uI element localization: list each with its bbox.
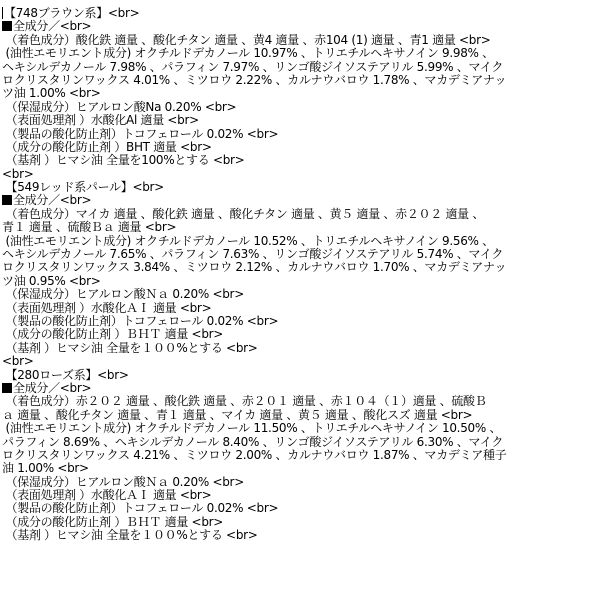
text-line: （着色成分）赤２０２ 適量 、酸化鉄 適量 、赤２０１ 適量 、赤１０４（１）適… [2,395,600,408]
text-line: <br> [2,168,600,181]
text-line: （基剤 ）ヒマシ油 全量を１００%とする <br> [2,342,600,355]
text-line: （表面処理剤 ）水酸化ＡＩ 適量 <br> [2,302,600,315]
all-ingredients-label: 全成分／<br> [2,20,600,33]
text-line: ヘキシルデカノール 7.65% 、パラフィン 7.63% 、リンゴ酸ジイソステア… [2,248,600,261]
text-line: 青１ 適量 、硫酸Ｂａ 適量 <br> [2,221,600,234]
text-line: （製品の酸化防止剤）トコフェロール 0.02% <br> [2,128,600,141]
ingredients-document: 【748ブラウン系】<br> 全成分／<br> （着色成分）酸化鉄 適量 、酸化… [2,7,600,543]
text-line: （製品の酸化防止剤）トコフェロール 0.02% <br> [2,502,600,515]
section-heading-549-red-pearl: 【549レッド系パール】<br> [2,181,600,194]
text-line: (油性エモリエント成分) オクチルドデカノール 10.52% 、トリエチルヘキサ… [2,235,600,248]
text-line: 油 1.00% <br> [2,462,600,475]
black-square-icon [2,195,12,205]
text-line: ツ油 1.00% <br> [2,87,600,100]
section-heading-280-rose: 【280ローズ系】<br> [2,369,600,382]
black-square-icon [2,21,12,31]
text-line: （表面処理剤 ）水酸化Al 適量 <br> [2,114,600,127]
text-line: （保湿成分）ヒアルロン酸Ｎａ 0.20% <br> [2,288,600,301]
text-line: ロクリスタリンワックス 4.21% 、ミツロウ 2.00% 、カルナウバロウ 1… [2,449,600,462]
text-line: ロクリスタリンワックス 3.84% 、ミツロウ 2.12% 、カルナウバロウ 1… [2,261,600,274]
section-heading-748-brown: 【748ブラウン系】<br> [2,7,600,20]
text-line: パラフィン 8.69% 、ヘキシルデカノール 8.40% 、リンゴ酸ジイソステア… [2,436,600,449]
text-line: <br> [2,355,600,368]
text-line: （基剤 ）ヒマシ油 全量を100%とする <br> [2,154,600,167]
text-line: (油性エモリエント成分) オクチルドデカノール 10.97% 、トリエチルヘキサ… [2,47,600,60]
all-ingredients-label: 全成分／<br> [2,194,600,207]
text-line: （基剤 ）ヒマシ油 全量を１００%とする <br> [2,529,600,542]
black-square-icon [2,383,12,393]
text-line: ヘキシルデカノール 7.98% 、パラフィン 7.97% 、リンゴ酸ジイソステア… [2,61,600,74]
text-cursor [2,7,3,19]
text-line: （成分の酸化防止剤 ）ＢＨＴ 適量 <br> [2,328,600,341]
text-line: (油性エモリエント成分) オクチルドデカノール 11.50% 、トリエチルヘキサ… [2,422,600,435]
